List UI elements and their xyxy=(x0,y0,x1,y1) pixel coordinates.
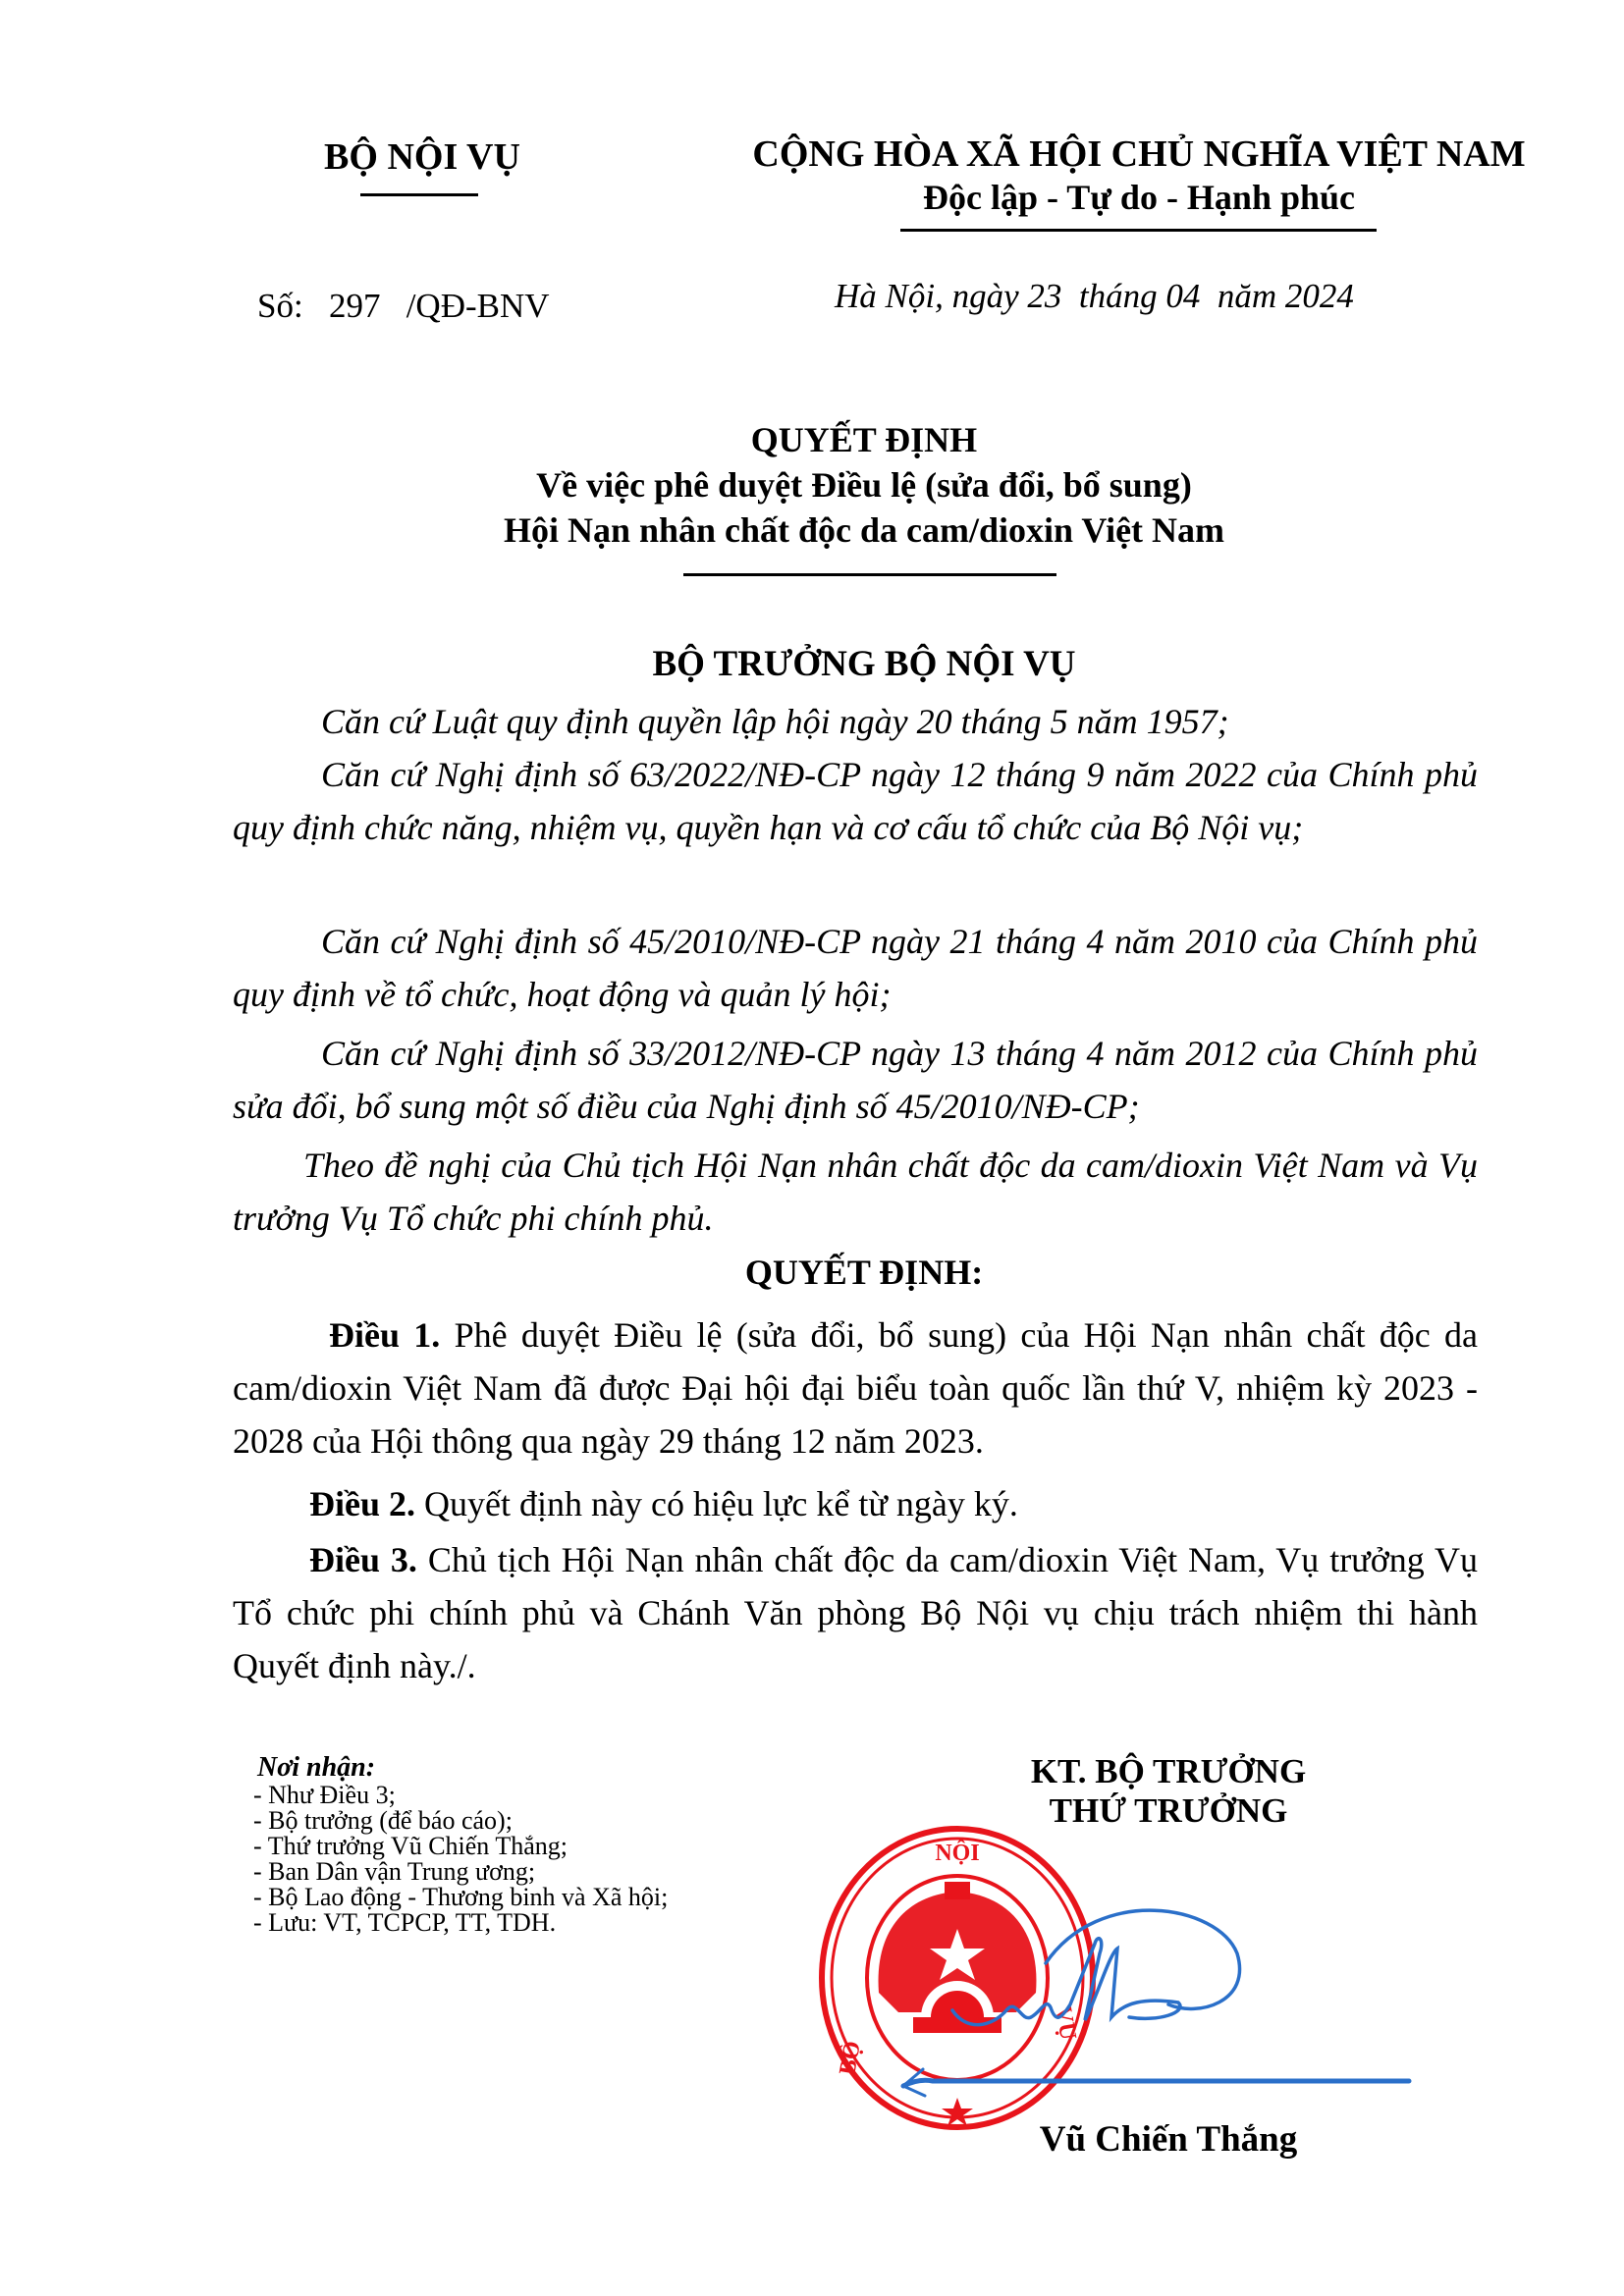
document-subject-line-1: Về việc phê duyệt Điều lệ (sửa đổi, bổ s… xyxy=(324,462,1404,507)
recipient-item: - Như Điều 3; xyxy=(253,1783,803,1808)
article-1: Điều 1. Phê duyệt Điều lệ (sửa đổi, bổ s… xyxy=(233,1308,1478,1468)
document-title-block: QUYẾT ĐỊNH Về việc phê duyệt Điều lệ (sử… xyxy=(324,417,1404,553)
handwritten-signature-icon xyxy=(884,1895,1414,2110)
preamble-clause: Căn cứ Nghị định số 33/2012/NĐ-CP ngày 1… xyxy=(233,1027,1478,1133)
article-2: Điều 2. Quyết định này có hiệu lực kể từ… xyxy=(233,1477,1478,1530)
document-type: QUYẾT ĐỊNH xyxy=(324,417,1404,462)
recipients-list: Nơi nhận: - Như Điều 3; - Bộ trưởng (để … xyxy=(253,1755,803,1936)
recipient-item: - Bộ Lao động - Thương binh và Xã hội; xyxy=(253,1885,803,1910)
issuing-agency: BỘ NỘI VỤ xyxy=(245,135,599,179)
preamble-clause: Theo đề nghị của Chủ tịch Hội Nạn nhân c… xyxy=(233,1139,1478,1245)
issuing-authority: BỘ TRƯỞNG BỘ NỘI VỤ xyxy=(324,643,1404,685)
decision-heading: QUYẾT ĐỊNH: xyxy=(324,1252,1404,1293)
title-underline xyxy=(683,573,1056,576)
svg-text:NỘI: NỘI xyxy=(935,1841,979,1866)
motto-underline xyxy=(900,229,1377,232)
recipients-heading: Nơi nhận: xyxy=(257,1755,803,1781)
article-label: Điều 1. xyxy=(329,1315,440,1355)
document-subject-line-2: Hội Nạn nhân chất độc da cam/dioxin Việt… xyxy=(324,507,1404,553)
preamble-clause: Căn cứ Nghị định số 45/2010/NĐ-CP ngày 2… xyxy=(233,915,1478,1021)
document-number: Số: 297 /QĐ-BNV xyxy=(257,287,550,326)
article-3: Điều 3. Chủ tịch Hội Nạn nhân chất độc d… xyxy=(233,1533,1478,1692)
national-motto: Độc lập - Tự do - Hạnh phúc xyxy=(722,177,1556,218)
place-and-date: Hà Nội, ngày 23 tháng 04 năm 2024 xyxy=(835,277,1443,316)
article-label: Điều 2. xyxy=(309,1484,415,1523)
signatory-title: KT. BỘ TRƯỞNG THỨ TRƯỞNG xyxy=(962,1752,1375,1831)
recipient-item: - Ban Dân vận Trung ương; xyxy=(253,1859,803,1885)
preamble-clause: Căn cứ Nghị định số 63/2022/NĐ-CP ngày 1… xyxy=(233,748,1478,854)
recipient-item: - Lưu: VT, TCPCP, TT, TDH. xyxy=(253,1910,803,1936)
svg-text:BỘ: BỘ xyxy=(835,2039,866,2077)
signer-name: Vũ Chiến Thắng xyxy=(962,2118,1375,2161)
agency-underline xyxy=(360,193,478,196)
recipient-item: - Bộ trưởng (để báo cáo); xyxy=(253,1808,803,1834)
recipient-item: - Thứ trưởng Vũ Chiến Thắng; xyxy=(253,1834,803,1859)
article-label: Điều 3. xyxy=(309,1540,417,1579)
national-title: CỘNG HÒA XÃ HỘI CHỦ NGHĨA VIỆT NAM xyxy=(722,133,1556,176)
preamble-clause: Căn cứ Luật quy định quyền lập hội ngày … xyxy=(233,695,1478,748)
